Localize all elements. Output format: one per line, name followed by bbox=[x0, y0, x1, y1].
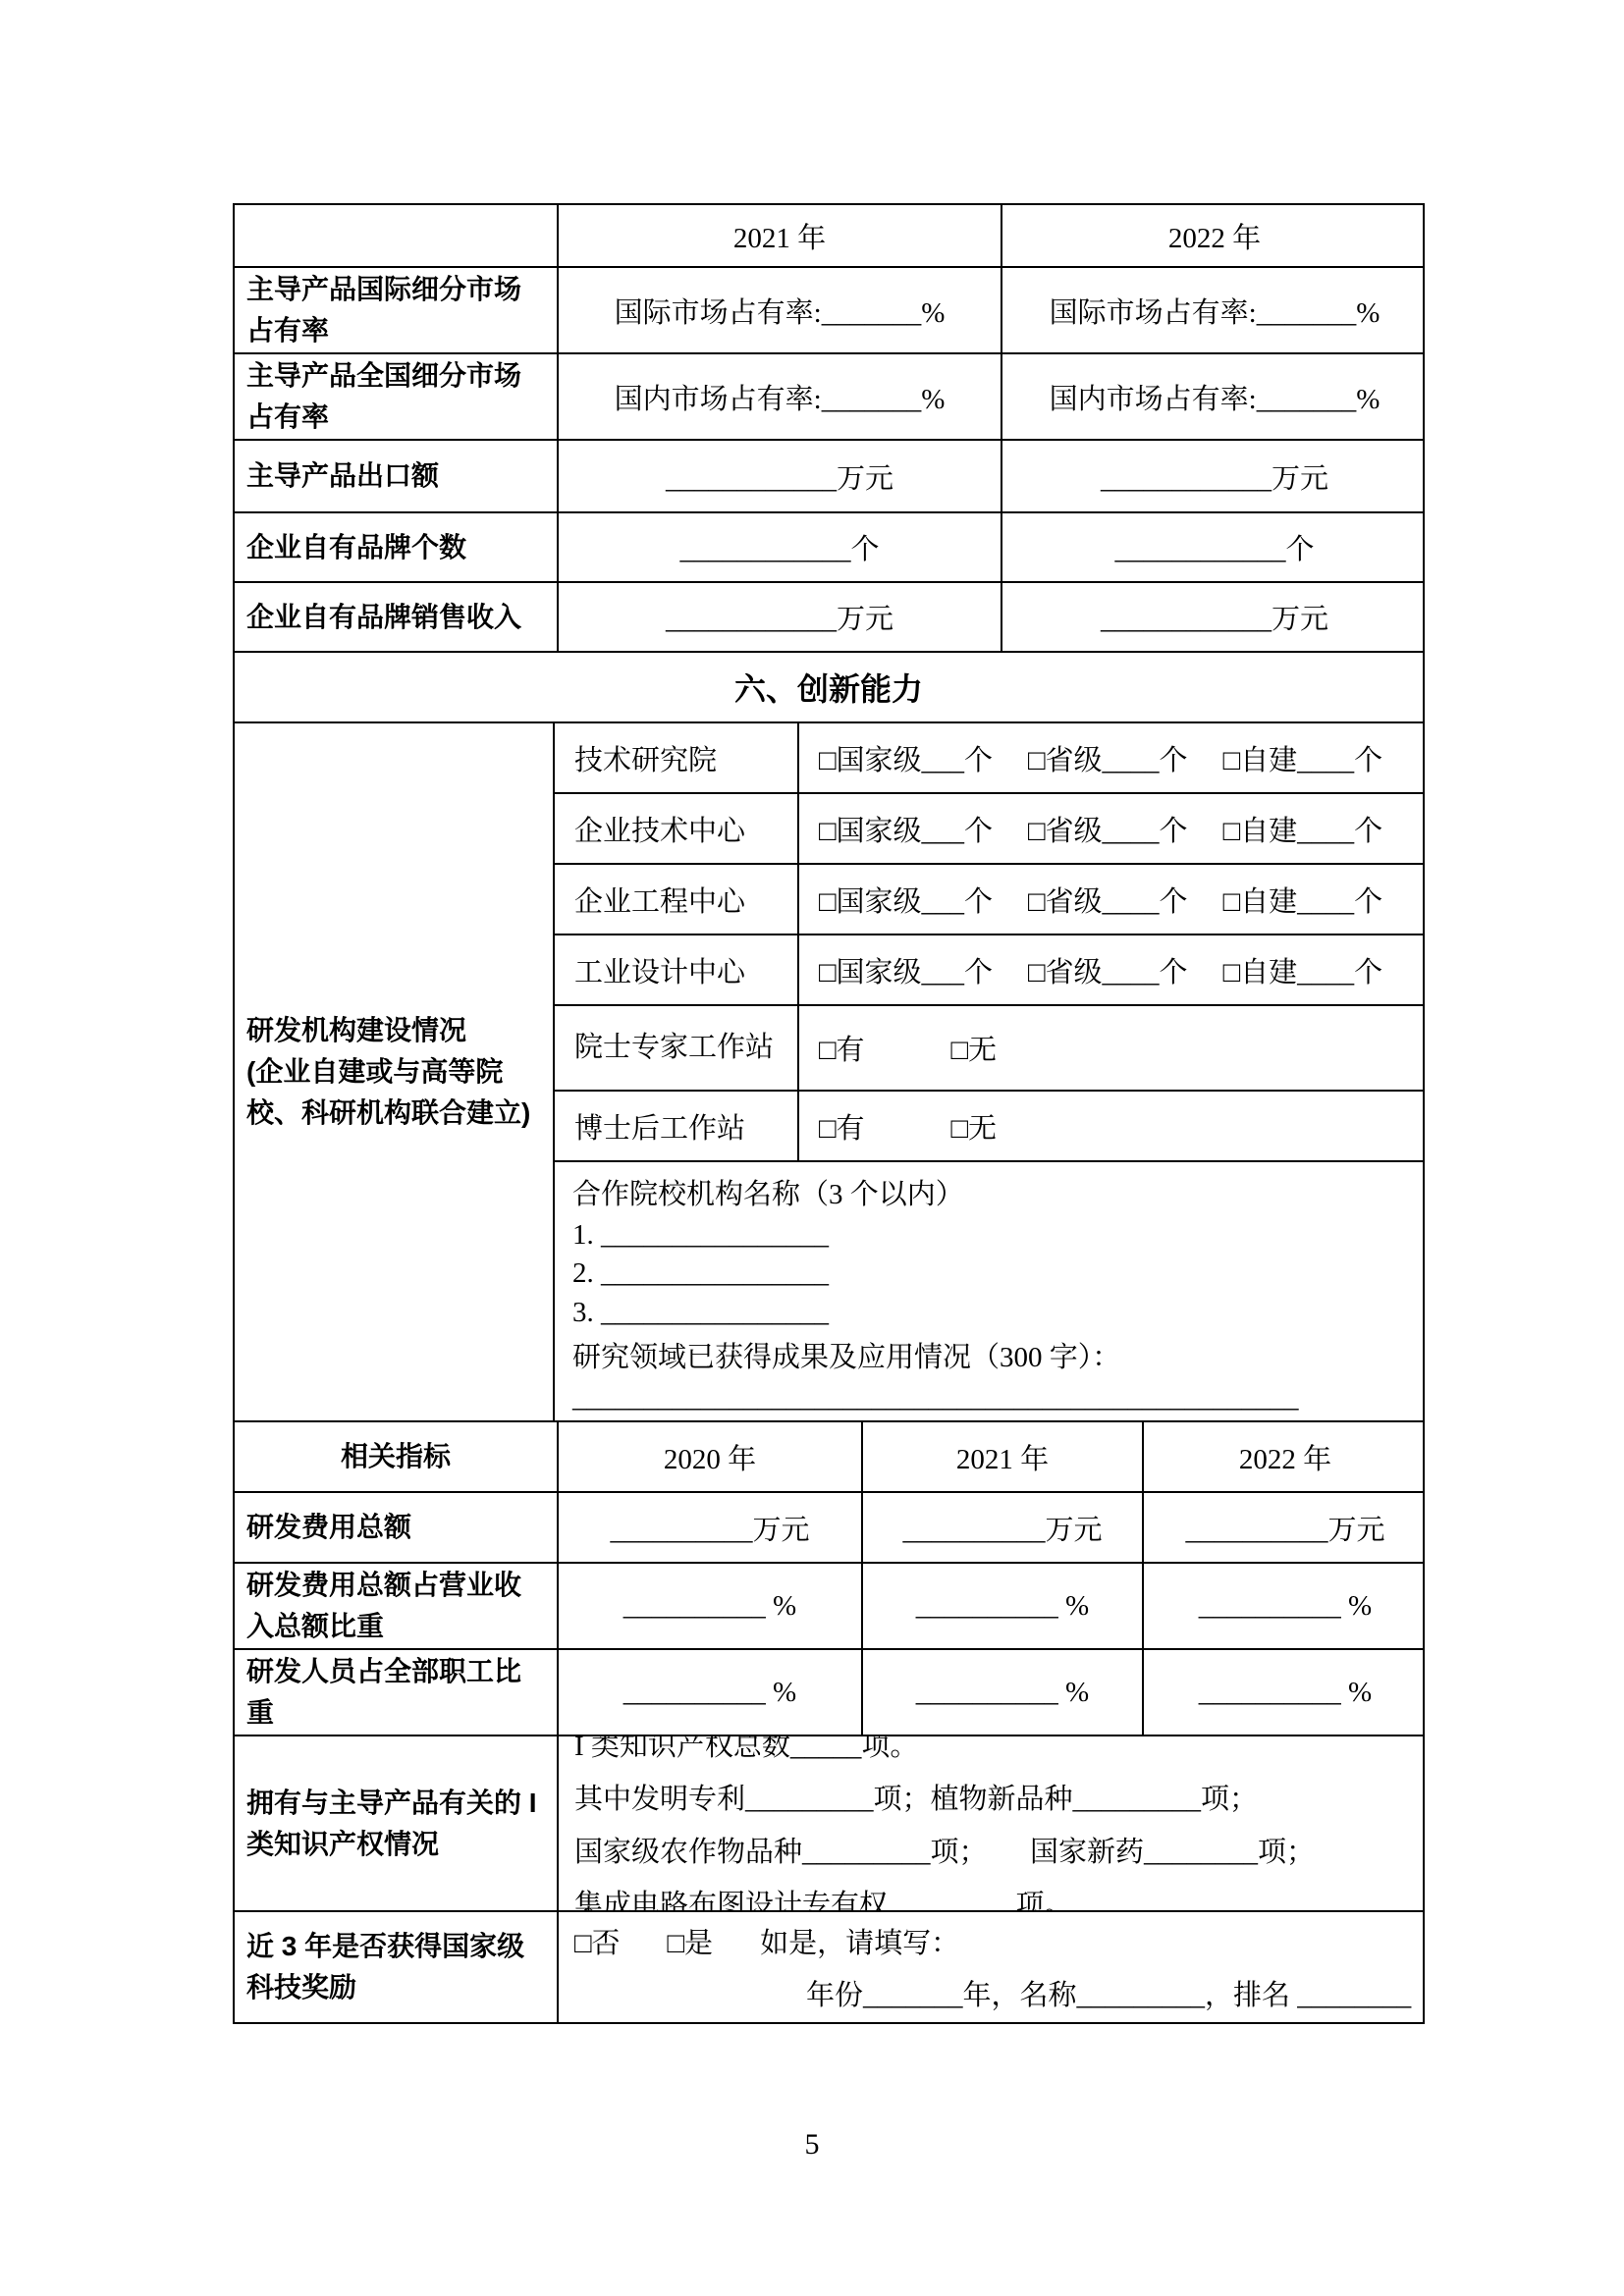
checkbox-provincial-level[interactable]: □省级____个 bbox=[1028, 880, 1188, 920]
achievements-label: 研究领域已获得成果及应用情况（300 字）： bbox=[572, 1335, 1413, 1375]
fill-in-brand-count-2022: ____________个 bbox=[1002, 513, 1427, 581]
fill-in-brand-count-2021: ____________个 bbox=[559, 513, 1002, 581]
section-title-row: 六、创新能力 bbox=[235, 653, 1423, 723]
row-label-rd-staff-ratio: 研发人员占全部职工比重 bbox=[235, 1650, 559, 1735]
rd-row-partners: 合作院校机构名称（3 个以内） 1. ________________ 2. _… bbox=[555, 1162, 1423, 1420]
checkbox-self-built[interactable]: □自建____个 bbox=[1223, 738, 1383, 778]
ip-line-total: I 类知识产权总数_____项。 bbox=[574, 1736, 918, 1764]
award-prompt: 如是，请填写： bbox=[760, 1921, 959, 1961]
rd-row-academician-workstation: 院士专家工作站 □有 □无 bbox=[555, 1006, 1423, 1092]
ip-detail-cell: I 类知识产权总数_____项。 其中发明专利_________项；植物新品种_… bbox=[559, 1736, 1427, 1910]
ip-line-patents: 其中发明专利_________项；植物新品种_________项； bbox=[574, 1777, 1258, 1817]
rd-row-postdoc-workstation: 博士后工作站 □有 □无 bbox=[555, 1092, 1423, 1162]
table-row: 企业自有品牌个数 ____________个 ____________个 bbox=[235, 513, 1423, 583]
indicators-header-label: 相关指标 bbox=[235, 1422, 559, 1491]
rd-name-industrial-design-center: 工业设计中心 bbox=[555, 935, 799, 1004]
achievements-blank: ________________________________________… bbox=[572, 1382, 1413, 1415]
market-header-row: 2021 年 2022 年 bbox=[235, 205, 1423, 268]
fill-in-domestic-share-2021: 国内市场占有率:_______% bbox=[559, 354, 1002, 439]
rd-sub-rows: 技术研究院 □国家级___个 □省级____个 □自建____个 企业技术中心 … bbox=[555, 723, 1423, 1420]
fill-in-export-2021: ____________万元 bbox=[559, 441, 1002, 511]
rd-name-enterprise-eng-center: 企业工程中心 bbox=[555, 865, 799, 934]
row-label-domestic-market-share: 主导产品全国细分市场占有率 bbox=[235, 354, 559, 439]
rd-options: □国家级___个 □省级____个 □自建____个 bbox=[799, 865, 1423, 934]
form-table: 2021 年 2022 年 主导产品国际细分市场占有率 国际市场占有率:____… bbox=[233, 203, 1425, 2024]
fill-in-rd-expense-2020: __________万元 bbox=[559, 1493, 863, 1562]
award-options: □否 □是 如是，请填写： bbox=[574, 1921, 959, 1961]
rd-options: □有 □无 bbox=[799, 1092, 1423, 1160]
rd-options: □国家级___个 □省级____个 □自建____个 bbox=[799, 935, 1423, 1004]
rd-block-label: 研发机构建设情况 (企业自建或与高等院校、科研机构联合建立) bbox=[235, 723, 555, 1420]
award-fill-in-detail: 年份_______年，名称_________，排名 ________ bbox=[806, 1973, 1411, 2013]
rd-label-title: 研发机构建设情况 bbox=[246, 1010, 541, 1051]
rd-row-tech-institute: 技术研究院 □国家级___个 □省级____个 □自建____个 bbox=[555, 723, 1423, 794]
rd-label-note: (企业自建或与高等院校、科研机构联合建立) bbox=[246, 1051, 541, 1134]
table-row: 研发人员占全部职工比重 __________ % __________ % __… bbox=[235, 1650, 1423, 1736]
checkbox-yes[interactable]: □是 bbox=[668, 1921, 714, 1961]
rd-name-enterprise-tech-center: 企业技术中心 bbox=[555, 794, 799, 863]
fill-in-rd-ratio-2022: __________ % bbox=[1144, 1564, 1427, 1648]
rd-options: □有 □无 bbox=[799, 1006, 1423, 1090]
checkbox-provincial-level[interactable]: □省级____个 bbox=[1028, 738, 1188, 778]
checkbox-provincial-level[interactable]: □省级____个 bbox=[1028, 950, 1188, 990]
fill-in-export-2022: ____________万元 bbox=[1002, 441, 1427, 511]
year-2021-header: 2021 年 bbox=[559, 205, 1002, 266]
row-label-brand-count: 企业自有品牌个数 bbox=[235, 513, 559, 581]
rd-options: □国家级___个 □省级____个 □自建____个 bbox=[799, 794, 1423, 863]
fill-in-staff-ratio-2020: __________ % bbox=[559, 1650, 863, 1735]
year-2022-header: 2022 年 bbox=[1144, 1422, 1427, 1491]
fill-in-intl-share-2021: 国际市场占有率:_______% bbox=[559, 268, 1002, 352]
checkbox-self-built[interactable]: □自建____个 bbox=[1223, 950, 1383, 990]
award-row: 近 3 年是否获得国家级科技奖励 □否 □是 如是，请填写： 年份_______… bbox=[235, 1912, 1423, 2022]
checkbox-yes-have[interactable]: □有 bbox=[819, 1106, 865, 1147]
fill-in-rd-expense-2021: __________万元 bbox=[863, 1493, 1144, 1562]
table-row: 研发费用总额 __________万元 __________万元 _______… bbox=[235, 1493, 1423, 1564]
row-label-intl-market-share: 主导产品国际细分市场占有率 bbox=[235, 268, 559, 352]
ip-line-ic-layout: 集成电路布图设计专有权_________项。 bbox=[574, 1883, 1073, 1910]
year-2020-header: 2020 年 bbox=[559, 1422, 863, 1491]
page-number: 5 bbox=[0, 2128, 1624, 2162]
partners-title: 合作院校机构名称（3 个以内） bbox=[572, 1172, 1413, 1212]
award-detail-cell: □否 □是 如是，请填写： 年份_______年，名称_________，排名 … bbox=[559, 1912, 1427, 2022]
rd-institutions-block: 研发机构建设情况 (企业自建或与高等院校、科研机构联合建立) 技术研究院 □国家… bbox=[235, 723, 1423, 1422]
table-row: 研发费用总额占营业收入总额比重 __________ % __________ … bbox=[235, 1564, 1423, 1650]
checkbox-no-have[interactable]: □无 bbox=[951, 1106, 998, 1147]
fill-in-rd-ratio-2021: __________ % bbox=[863, 1564, 1144, 1648]
checkbox-national-level[interactable]: □国家级___个 bbox=[819, 880, 993, 920]
fill-in-staff-ratio-2021: __________ % bbox=[863, 1650, 1144, 1735]
table-row: 企业自有品牌销售收入 ____________万元 ____________万元 bbox=[235, 583, 1423, 653]
rd-row-enterprise-tech-center: 企业技术中心 □国家级___个 □省级____个 □自建____个 bbox=[555, 794, 1423, 865]
row-label-ip-status: 拥有与主导产品有关的 I 类知识产权情况 bbox=[235, 1736, 559, 1910]
rd-name-tech-institute: 技术研究院 bbox=[555, 723, 799, 792]
rd-row-enterprise-eng-center: 企业工程中心 □国家级___个 □省级____个 □自建____个 bbox=[555, 865, 1423, 935]
row-label-rd-expense-ratio: 研发费用总额占营业收入总额比重 bbox=[235, 1564, 559, 1648]
row-label-rd-expense-total: 研发费用总额 bbox=[235, 1493, 559, 1562]
checkbox-national-level[interactable]: □国家级___个 bbox=[819, 950, 993, 990]
partner-line-3: 3. ________________ bbox=[572, 1297, 1413, 1329]
year-2022-header: 2022 年 bbox=[1002, 205, 1427, 266]
indicators-header-row: 相关指标 2020 年 2021 年 2022 年 bbox=[235, 1422, 1423, 1493]
rd-row-industrial-design-center: 工业设计中心 □国家级___个 □省级____个 □自建____个 bbox=[555, 935, 1423, 1006]
ip-row: 拥有与主导产品有关的 I 类知识产权情况 I 类知识产权总数_____项。 其中… bbox=[235, 1736, 1423, 1912]
fill-in-domestic-share-2022: 国内市场占有率:_______% bbox=[1002, 354, 1427, 439]
partners-cell: 合作院校机构名称（3 个以内） 1. ________________ 2. _… bbox=[555, 1162, 1423, 1420]
ip-line-crops-drugs: 国家级农作物品种_________项； 国家新药________项； bbox=[574, 1830, 1315, 1870]
checkbox-no-have[interactable]: □无 bbox=[951, 1028, 998, 1068]
fill-in-brand-revenue-2021: ____________万元 bbox=[559, 583, 1002, 651]
year-2021-header: 2021 年 bbox=[863, 1422, 1144, 1491]
checkbox-no[interactable]: □否 bbox=[574, 1921, 621, 1961]
checkbox-self-built[interactable]: □自建____个 bbox=[1223, 880, 1383, 920]
table-row: 主导产品出口额 ____________万元 ____________万元 bbox=[235, 441, 1423, 513]
partner-line-2: 2. ________________ bbox=[572, 1257, 1413, 1290]
table-row: 主导产品国际细分市场占有率 国际市场占有率:_______% 国际市场占有率:_… bbox=[235, 268, 1423, 354]
section-title-innovation: 六、创新能力 bbox=[235, 653, 1423, 721]
checkbox-yes-have[interactable]: □有 bbox=[819, 1028, 865, 1068]
row-label-brand-revenue: 企业自有品牌销售收入 bbox=[235, 583, 559, 651]
form-page: 2021 年 2022 年 主导产品国际细分市场占有率 国际市场占有率:____… bbox=[0, 0, 1624, 2296]
fill-in-rd-expense-2022: __________万元 bbox=[1144, 1493, 1427, 1562]
fill-in-intl-share-2022: 国际市场占有率:_______% bbox=[1002, 268, 1427, 352]
row-label-export-value: 主导产品出口额 bbox=[235, 441, 559, 511]
fill-in-staff-ratio-2022: __________ % bbox=[1144, 1650, 1427, 1735]
partner-line-1: 1. ________________ bbox=[572, 1219, 1413, 1252]
checkbox-provincial-level[interactable]: □省级____个 bbox=[1028, 809, 1188, 849]
rd-options: □国家级___个 □省级____个 □自建____个 bbox=[799, 723, 1423, 792]
checkbox-self-built[interactable]: □自建____个 bbox=[1223, 809, 1383, 849]
fill-in-rd-ratio-2020: __________ % bbox=[559, 1564, 863, 1648]
rd-name-academician-workstation: 院士专家工作站 bbox=[555, 1006, 799, 1090]
checkbox-national-level[interactable]: □国家级___个 bbox=[819, 738, 993, 778]
checkbox-national-level[interactable]: □国家级___个 bbox=[819, 809, 993, 849]
rd-name-postdoc-workstation: 博士后工作站 bbox=[555, 1092, 799, 1160]
corner-cell bbox=[235, 205, 559, 266]
fill-in-brand-revenue-2022: ____________万元 bbox=[1002, 583, 1427, 651]
table-row: 主导产品全国细分市场占有率 国内市场占有率:_______% 国内市场占有率:_… bbox=[235, 354, 1423, 441]
row-label-national-award: 近 3 年是否获得国家级科技奖励 bbox=[235, 1912, 559, 2022]
